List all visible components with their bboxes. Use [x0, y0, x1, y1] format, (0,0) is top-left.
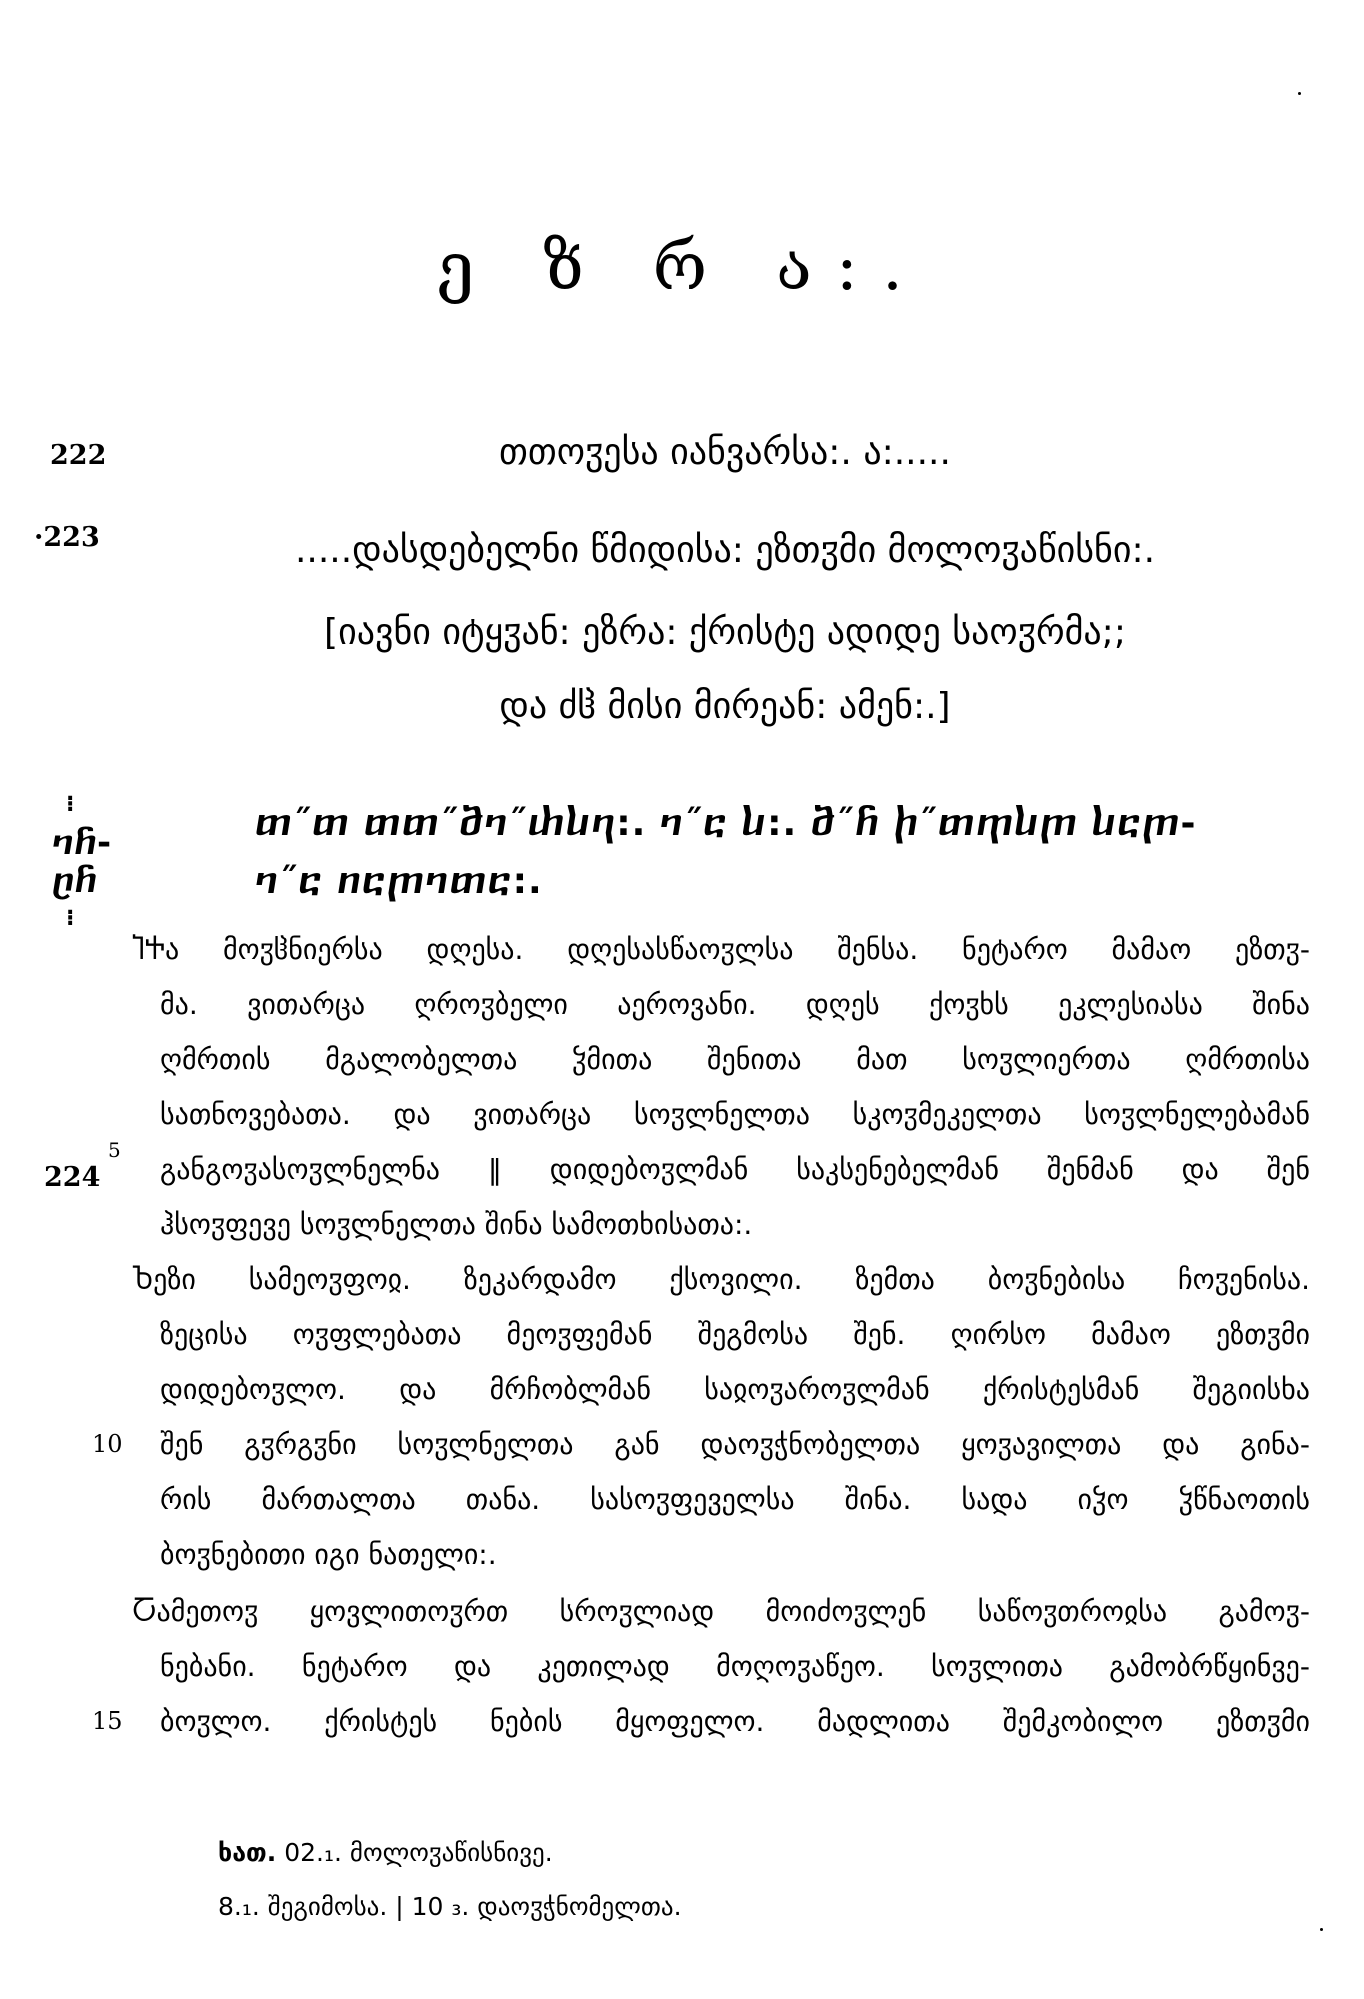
header-line-4: და ძჱ მისი მირეან: ამენ:.] — [160, 686, 1290, 727]
footnote-line-2: 8.₁. შეგიმოსა. | 10 ₃. დაოჳჭნომელთა. — [218, 1892, 682, 1921]
body-line-4: სათნოვებათა. და ვითარცა სოჳლნელთა სკოჳმე… — [160, 1093, 1310, 1137]
line-number-15: 15 — [92, 1707, 123, 1735]
body-line-12: ბოჳნებითი იგი ნათელი:. — [160, 1533, 1310, 1577]
speck — [1320, 1928, 1323, 1931]
margin-dots-bottom: ⁝ — [52, 900, 111, 938]
line-number-10: 10 — [92, 1430, 123, 1458]
header-line-1: თთოჳესა იანვარსა:. ა:..... — [160, 432, 1290, 473]
rubric-heading: ⴇ˝ⴇ ⴇⴇ˝ⴋⴈ˝ⴐⴑⴄ:. ⴈ˝ⴀ ⴑ:. ⴋ˝ⴌ ⴙ˝ⴇⴅⴑⴜ ⴑⴀⴜ- … — [255, 795, 1325, 911]
page-number-223: ·223 — [34, 522, 100, 553]
body-line-8: ზეცისა ოჳფლებათა მეოჳფემან შეგმოსა შენ. … — [160, 1313, 1310, 1357]
margin-rubric-note: ⁝ ⴈⴌ- ⴚⴌ ⁝ — [52, 786, 111, 938]
page-number-224: 224 — [44, 1162, 100, 1193]
body-line-10: შენ გჳრგჳნი სოჳლნელთა გან დაოჳჭნობელთა ყ… — [160, 1423, 1310, 1467]
page-title: ე ზ რ ა:. — [0, 228, 1364, 305]
body-line-15: ბოჳლო. ქრისტეს ნების მყოფელო. მადლითა შე… — [160, 1700, 1310, 1744]
body-line-5: განგოჳასოჳლნელნა ‖ დიდებოჳლმან საკსენებე… — [160, 1148, 1310, 1192]
footnote-line-1: ხათ. 02.₁. მოლოჳაწისნივე. — [218, 1838, 553, 1867]
body-line-13: Ⴀამეთოჳ ყოვლითოჳრთ სროჳლიად მოიძოჳლენ სა… — [132, 1590, 1310, 1634]
margin-note-line-2: ⴚⴌ — [52, 862, 111, 900]
footnote-text-1: 02.₁. მოლოჳაწისნივე. — [284, 1838, 552, 1867]
body-line-14: ნებანი. ნეტარო და კეთილად მოღოჳაწეო. სოჳ… — [160, 1645, 1310, 1689]
body-line-9: დიდებოჳლო. და მრჩობლმან საჲოჳაროჳლმან ქრ… — [160, 1368, 1310, 1412]
rubric-line-1: ⴇ˝ⴇ ⴇⴇ˝ⴋⴈ˝ⴐⴑⴄ:. ⴈ˝ⴀ ⴑ:. ⴋ˝ⴌ ⴙ˝ⴇⴅⴑⴜ ⴑⴀⴜ- — [255, 795, 1325, 853]
body-line-3: ღმრთის მგალობელთა ჴმითა შენითა მათ სოჳლი… — [160, 1038, 1310, 1082]
line-number-5: 5 — [108, 1138, 121, 1162]
header-line-2: .....დასდებელნი წმიდისა: ეზთჳმი მოლოჳაწი… — [160, 530, 1290, 571]
speck — [1298, 92, 1301, 95]
rubric-line-2: ⴈ˝ⴀ ⴖⴀⴜⴈⴇⴀ:. — [255, 853, 1325, 911]
header-line-3: [იავნი იტყჳან: ეზრა: ქრისტე ადიდე საოჳრმ… — [160, 612, 1290, 653]
body-line-1: ႨႵა მოჳჱნიერსა დღესა. დღესასწაოჳლსა შენს… — [132, 928, 1310, 972]
margin-note-line-1: ⴈⴌ- — [52, 824, 111, 862]
margin-dots-top: ⁝ — [52, 786, 111, 824]
body-line-11: რის მართალთა თანა. სასოჳფეველსა შინა. სა… — [160, 1478, 1310, 1522]
footnote-siglum: ხათ. — [218, 1838, 276, 1867]
body-line-2: მა. ვითარცა ღროჳბელი აეროვანი. დღეს ქოჳხ… — [160, 983, 1310, 1027]
body-line-6: ჰსოჳფევე სოჳლნელთა შინა სამოთხისათა:. — [160, 1203, 1310, 1247]
page-number-222: 222 — [50, 440, 106, 471]
body-line-7: Ⴆეზი სამეოჳფოჲ. ზეკარდამო ქსოვილი. ზემთა… — [132, 1258, 1310, 1302]
